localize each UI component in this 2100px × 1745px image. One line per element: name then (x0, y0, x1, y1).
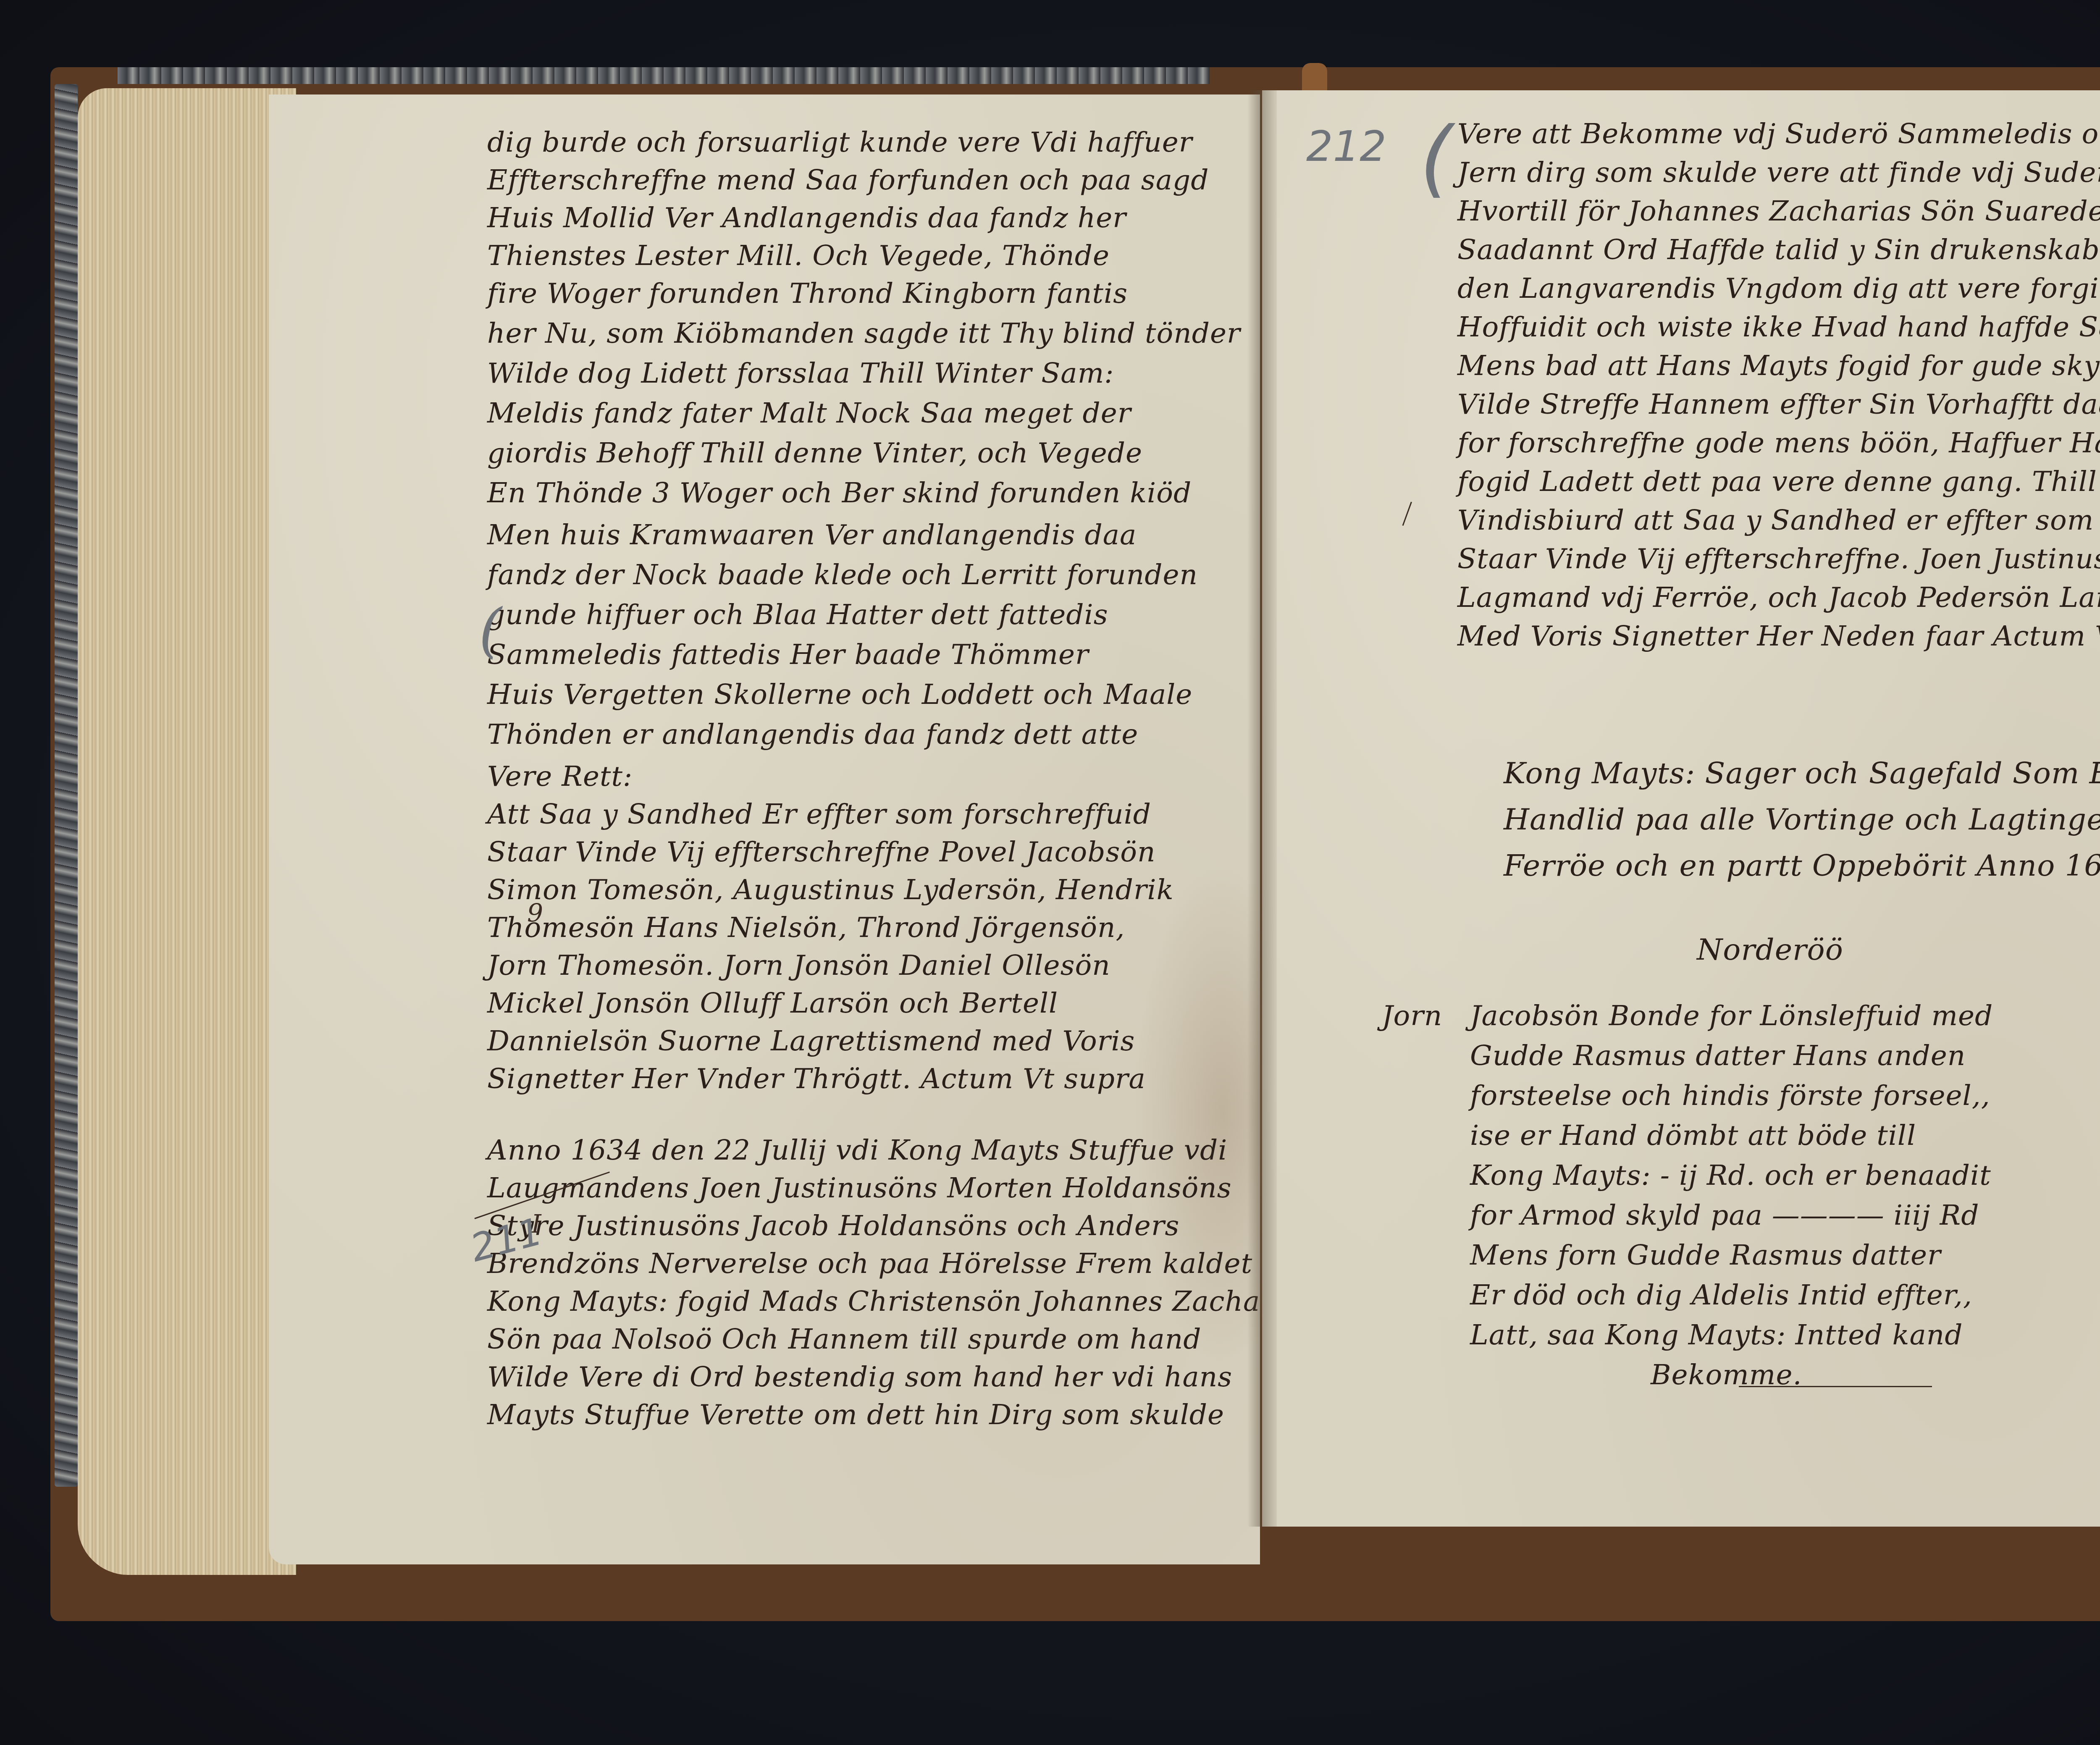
left-line: Wilde dog Lidett forsslaa Thill Winter S… (487, 357, 1114, 389)
entry-line: for Armod skyld paa ———— iiij Rd (1470, 1199, 1979, 1231)
left-line: Huis Vergetten Skollerne och Loddett och… (487, 678, 1192, 711)
right-line: Lagmand vdj Ferröe, och Jacob Pedersön L… (1457, 581, 2100, 614)
entry-line: Kong Mayts: - ij Rd. och er benaadit (1470, 1159, 1991, 1191)
left-line: En Thönde 3 Woger och Ber skind forunden… (487, 477, 1192, 509)
left-line: fandz der Nock baade klede och Lerritt f… (487, 559, 1198, 591)
left-line: Kong Mayts: fogid Mads Christensön Johan… (487, 1285, 1315, 1317)
left-line: her Nu, som Kiöbmanden sagde itt Thy bli… (487, 317, 1241, 349)
margin-mark-9: 9 (527, 899, 543, 928)
closing-flourish-line (1739, 1386, 1932, 1387)
right-line: Med Voris Signetter Her Neden faar Actum… (1457, 620, 2100, 652)
left-line: Jorn Thomesön. Jorn Jonsön Daniel Ollesö… (487, 949, 1110, 981)
left-line: dig burde och forsuarligt kunde vere Vdi… (487, 126, 1192, 158)
right-line: Jern dirg som skulde vere att finde vdj … (1457, 156, 2100, 189)
left-line: Signetter Her Vnder Thrögtt. Actum Vt su… (487, 1063, 1146, 1095)
left-line: fire Woger forunden Thrond Kingborn fant… (487, 277, 1128, 310)
left-line: Anno 1634 den 22 Jullij vdi Kong Mayts S… (487, 1134, 1227, 1166)
entry-line: Gudde Rasmus datter Hans anden (1470, 1039, 1966, 1072)
right-line: Mens bad att Hans Mayts fogid for gude s… (1457, 349, 2100, 382)
left-line: Laugmandens Joen Justinusöns Morten Hold… (487, 1172, 1232, 1204)
page-edges-left (78, 88, 296, 1575)
right-line: fogid Ladett dett paa vere denne gang. T… (1457, 465, 2100, 498)
entry-line: Latt, saa Kong Mayts: Intted kand (1470, 1319, 1963, 1351)
left-line: Meldis fandz fater Malt Nock Saa meget d… (487, 397, 1131, 429)
right-line: Vilde Streffe Hannem effter Sin Vorhafft… (1457, 388, 2100, 420)
left-line: Wilde Vere di Ord bestendig som hand her… (487, 1361, 1232, 1393)
margin-bracket-mark: ( (479, 596, 502, 665)
left-line: Simon Tomesön, Augustinus Lydersön, Hend… (487, 874, 1174, 906)
marbled-cover-edge-left (55, 84, 78, 1487)
entry-line: forsteelse och hindis förste forseel,, (1470, 1079, 1990, 1112)
heading-line: Handlid paa alle Vortinge och Lagtingett… (1504, 802, 2100, 837)
left-line: Huis Mollid Ver Andlangendis daa fandz h… (487, 202, 1126, 234)
left-line: Thienstes Lester Mill. Och Vegede, Thönd… (487, 239, 1110, 272)
right-line: for forschreffne gode mens böön, Haffuer… (1457, 427, 2100, 459)
heading-line: Kong Mayts: Sager och Sagefald Som Ere f… (1504, 756, 2100, 790)
left-line: Dannielsön Suorne Lagrettismend med Vori… (487, 1025, 1135, 1057)
left-line: Men huis Kramwaaren Ver andlangendis daa (487, 519, 1137, 551)
left-line: Thönden er andlangendis daa fandz dett a… (487, 718, 1138, 750)
entry-line: Er död och dig Aldelis Intid effter,, (1470, 1279, 1972, 1311)
right-line: Saadannt Ord Haffde talid y Sin drukensk… (1457, 234, 2100, 266)
left-line: Sammeledis fattedis Her baade Thömmer (487, 638, 1089, 671)
right-line: Hoffuidit och wiste ikke Hvad hand haffd… (1457, 311, 2100, 343)
right-line: Hvortill för Johannes Zacharias Sön Suar… (1457, 195, 2100, 227)
left-line: Vere Rett: (487, 760, 633, 792)
right-line: Vindisbiurd att Saa y Sandhed er effter … (1457, 504, 2100, 536)
left-line: Styre Justinusöns Jacob Holdansöns och A… (487, 1210, 1179, 1242)
entry-name: Jorn (1382, 1000, 1442, 1032)
subheading-place: Norderöö (1697, 932, 1843, 967)
right-line: den Langvarendis Vngdom dig att vere for… (1457, 272, 2100, 304)
left-line: Staar Vinde Vij effterschreffne Povel Ja… (487, 836, 1156, 868)
left-line: Thomesön Hans Nielsön, Thrond Jörgensön, (487, 911, 1125, 944)
entry-line: ise er Hand dömbt att böde till (1470, 1119, 1916, 1152)
marbled-cover-edge-top (118, 67, 1210, 84)
folio-number: 212 (1306, 122, 1386, 171)
entry-line: Mens forn Gudde Rasmus datter (1470, 1239, 1941, 1271)
left-line: giordis Behoff Thill denne Vinter, och V… (487, 437, 1142, 469)
left-line: Brendzöns Nerverelse och paa Hörelsse Fr… (487, 1247, 1252, 1280)
pencil-bracket-mark: ( (1420, 109, 1452, 207)
right-line: Staar Vinde Vij effterschreffne. Joen Ju… (1457, 543, 2100, 575)
entry-line: Jacobsön Bonde for Lönsleffuid med (1470, 1000, 1993, 1032)
left-line: Mayts Stuffue Verette om dett hin Dirg s… (487, 1399, 1224, 1431)
left-line: Mickel Jonsön Olluff Larsön och Bertell (487, 987, 1058, 1019)
right-line: Vere att Bekomme vdj Suderö Sammeledis o… (1457, 118, 2100, 150)
heading-line: Ferröe och en partt Oppebörit Anno 1634 (1504, 848, 2100, 883)
left-line: Effterschreffne mend Saa forfunden och p… (487, 164, 1209, 196)
left-line: Att Saa y Sandhed Er effter som forschre… (487, 798, 1151, 830)
book-gutter (1247, 90, 1277, 1527)
left-line: gunde hiffuer och Blaa Hatter dett fatte… (487, 598, 1108, 631)
left-line: Sön paa Nolsoö Och Hannem till spurde om… (487, 1323, 1202, 1355)
